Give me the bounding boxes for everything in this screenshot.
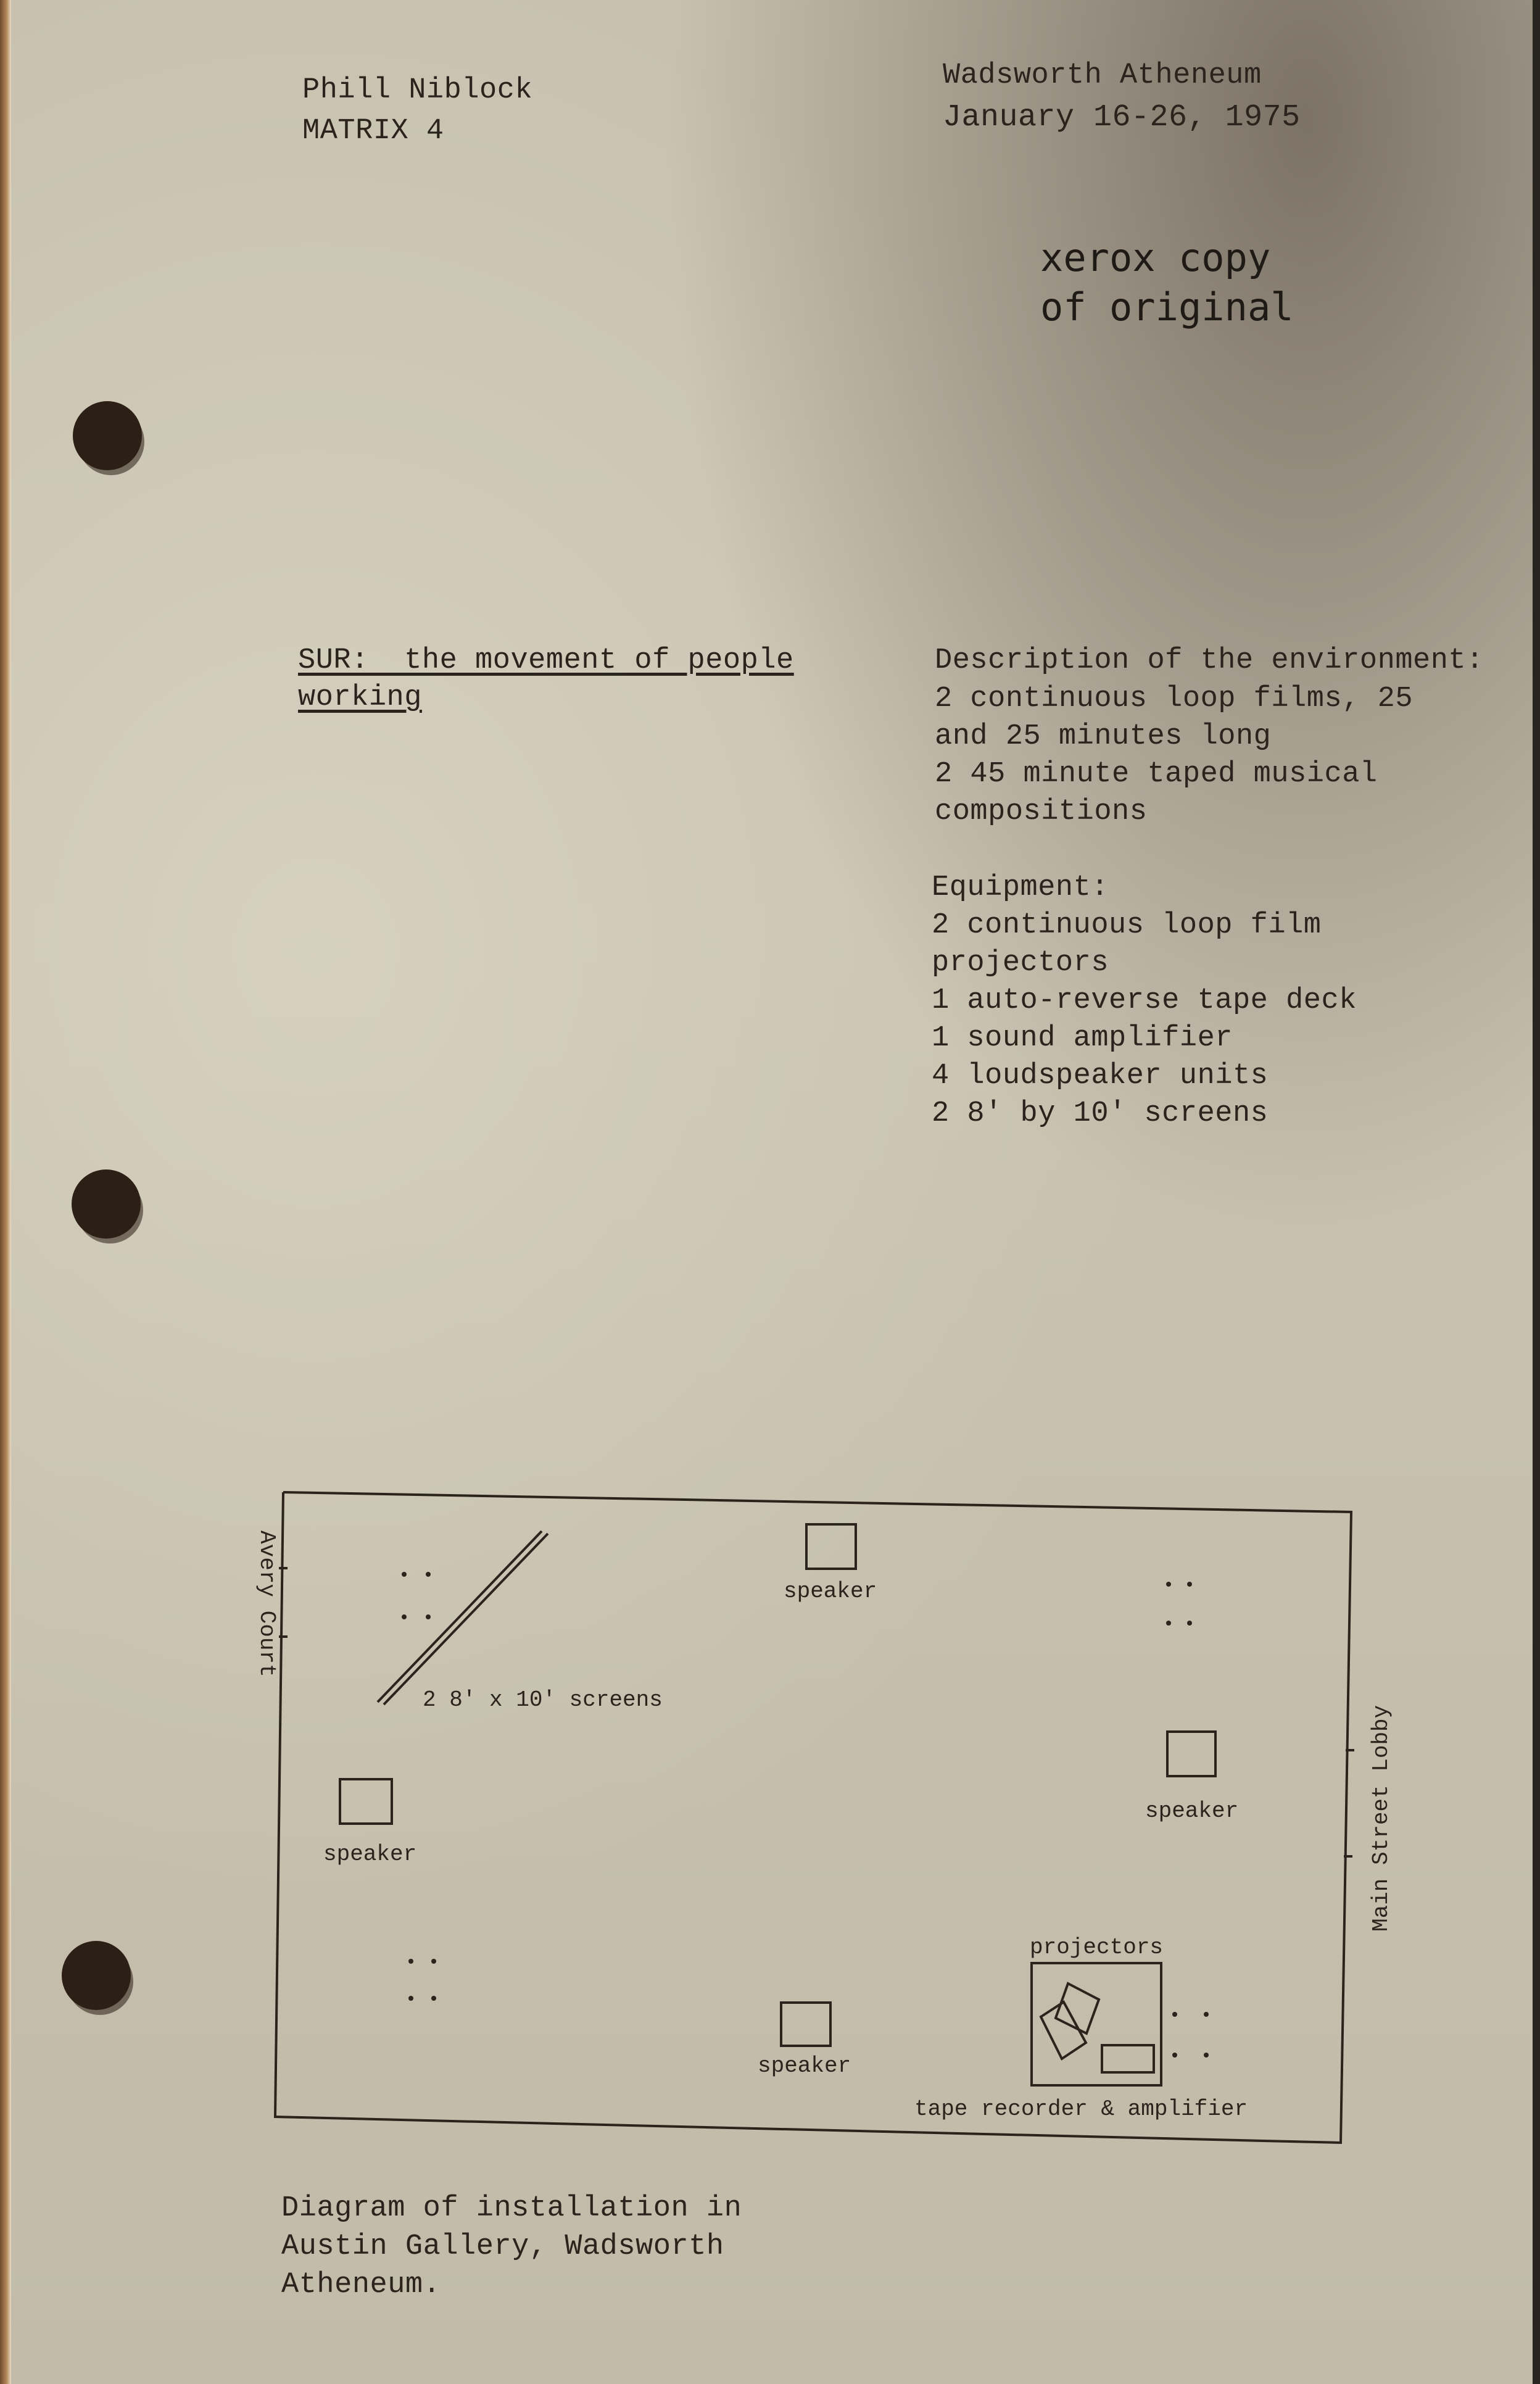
speaker-label-bottom: speaker — [758, 2053, 851, 2079]
main-street-lobby-label: Main Street Lobby — [1368, 1705, 1394, 1932]
tape-recorder-label: tape recorder & amplifier — [914, 2096, 1248, 2122]
screen-2 — [384, 1534, 548, 1705]
diagram-caption-line2: Austin Gallery, Wadsworth — [281, 2228, 724, 2266]
speaker-label-left: speaker — [323, 1842, 416, 1867]
diagram-caption-line1: Diagram of installation in — [281, 2190, 742, 2227]
speaker-label-top: speaker — [784, 1579, 877, 1604]
speaker-box-left — [340, 1779, 392, 1824]
speaker-box-top — [806, 1524, 856, 1569]
binder-edge — [0, 0, 11, 2384]
tape-recorder-box — [1102, 2045, 1154, 2072]
background-edge — [1533, 0, 1540, 2384]
diagram-caption-line3: Atheneum. — [281, 2266, 441, 2304]
document-page: Phill Niblock MATRIX 4 Wadsworth Atheneu… — [11, 0, 1535, 2384]
projectors-label: projectors — [1030, 1935, 1163, 1960]
installation-diagram — [11, 0, 1535, 2384]
speaker-label-right: speaker — [1145, 1798, 1238, 1824]
projector-area — [1032, 1963, 1161, 2085]
projector-2 — [1041, 2002, 1086, 2059]
speaker-box-right — [1167, 1732, 1215, 1776]
avery-court-label: Avery Court — [254, 1530, 279, 1677]
screens-label: 2 8' x 10' screens — [423, 1687, 663, 1713]
speaker-box-bottom — [781, 2003, 830, 2046]
